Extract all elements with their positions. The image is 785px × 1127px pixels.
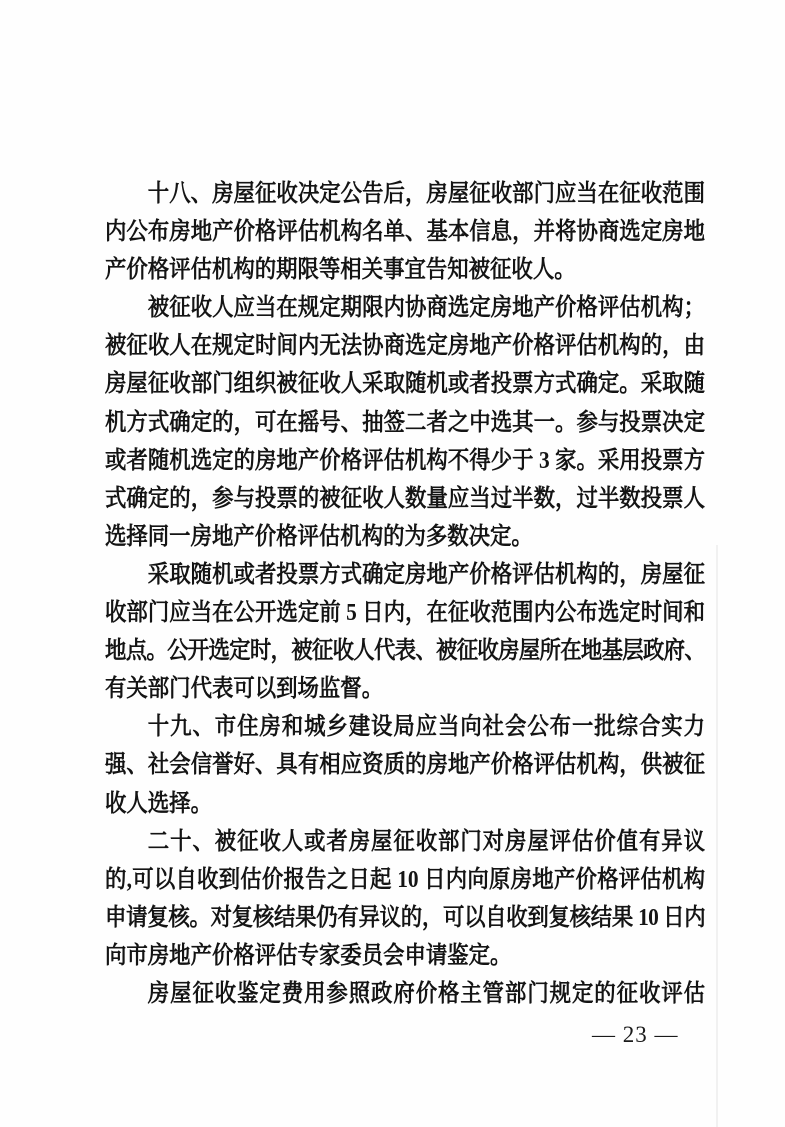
text-line: 选择同一房地产价格评估机构的为多数决定。 (105, 515, 705, 558)
text-line: 房屋征收部门组织被征收人采取随机或者投票方式确定。采取随 (105, 362, 705, 405)
text-line: 地点。公开选定时，被征收人代表、被征收房屋所在地基层政府、 (105, 629, 705, 672)
text-line: 强、社会信誉好、具有相应资质的房地产价格评估机构，供被征 (105, 743, 705, 786)
text-line: 有关部门代表可以到场监督。 (105, 667, 705, 710)
text-line: 申请复核。对复核结果仍有异议的，可以自收到复核结果 10 日内 (105, 895, 705, 938)
text-line: 收人选择。 (105, 781, 705, 824)
text-line: 十九、市住房和城乡建设局应当向社会公布一批综合实力 (105, 705, 705, 748)
text-line: 机方式确定的，可在摇号、抽签二者之中选其一。参与投票决定 (105, 400, 705, 443)
para-open-selection: 采取随机或者投票方式确定房地产价格评估机构的，房屋征 收部门应当在公开选定前 5… (105, 555, 705, 707)
text-line: 被征收人应当在规定期限内协商选定房地产价格评估机构； (105, 286, 705, 329)
page-number: — 23 — (592, 1022, 679, 1048)
text-line: 被征收人在规定时间内无法协商选定房地产价格评估机构的，由 (105, 324, 705, 367)
para-clause-18: 十八、房屋征收决定公告后，房屋征收部门应当在征收范围 内公布房地产价格评估机构名… (105, 174, 705, 288)
document-page: 十八、房屋征收决定公告后，房屋征收部门应当在征收范围 内公布房地产价格评估机构名… (0, 0, 785, 1127)
para-appraiser-selection: 被征收人应当在规定期限内协商选定房地产价格评估机构； 被征收人在规定时间内无法协… (105, 288, 705, 555)
text-line: 的,可以自收到估价报告之日起 10 日内向原房地产价格评估机构 (105, 857, 705, 900)
text-line: 收部门应当在公开选定前 5 日内，在征收范围内公布选定时间和 (105, 591, 705, 634)
text-line: 产价格评估机构的期限等相关事宜告知被征收人。 (105, 248, 705, 291)
scan-artifact (716, 545, 718, 1127)
text-line: 向市房地产价格评估专家委员会申请鉴定。 (105, 934, 705, 977)
text-line: 房屋征收鉴定费用参照政府价格主管部门规定的征收评估 (105, 972, 705, 1015)
para-clause-19: 十九、市住房和城乡建设局应当向社会公布一批综合实力 强、社会信誉好、具有相应资质… (105, 707, 705, 821)
text-line: 或者随机选定的房地产价格评估机构不得少于 3 家。采用投票方 (105, 438, 705, 481)
text-line: 采取随机或者投票方式确定房地产价格评估机构的，房屋征 (105, 553, 705, 596)
text-line: 内公布房地产价格评估机构名单、基本信息，并将协商选定房地 (105, 210, 705, 253)
text-line: 二十、被征收人或者房屋征收部门对房屋评估价值有异议 (105, 819, 705, 862)
text-line: 式确定的，参与投票的被征收人数量应当过半数，过半数投票人 (105, 476, 705, 519)
para-clause-20: 二十、被征收人或者房屋征收部门对房屋评估价值有异议 的,可以自收到估价报告之日起… (105, 822, 705, 974)
para-appraisal-fee: 房屋征收鉴定费用参照政府价格主管部门规定的征收评估 (105, 974, 705, 1012)
text-line: 十八、房屋征收决定公告后，房屋征收部门应当在征收范围 (105, 172, 705, 215)
document-text-block: 十八、房屋征收决定公告后，房屋征收部门应当在征收范围 内公布房地产价格评估机构名… (105, 174, 705, 1012)
